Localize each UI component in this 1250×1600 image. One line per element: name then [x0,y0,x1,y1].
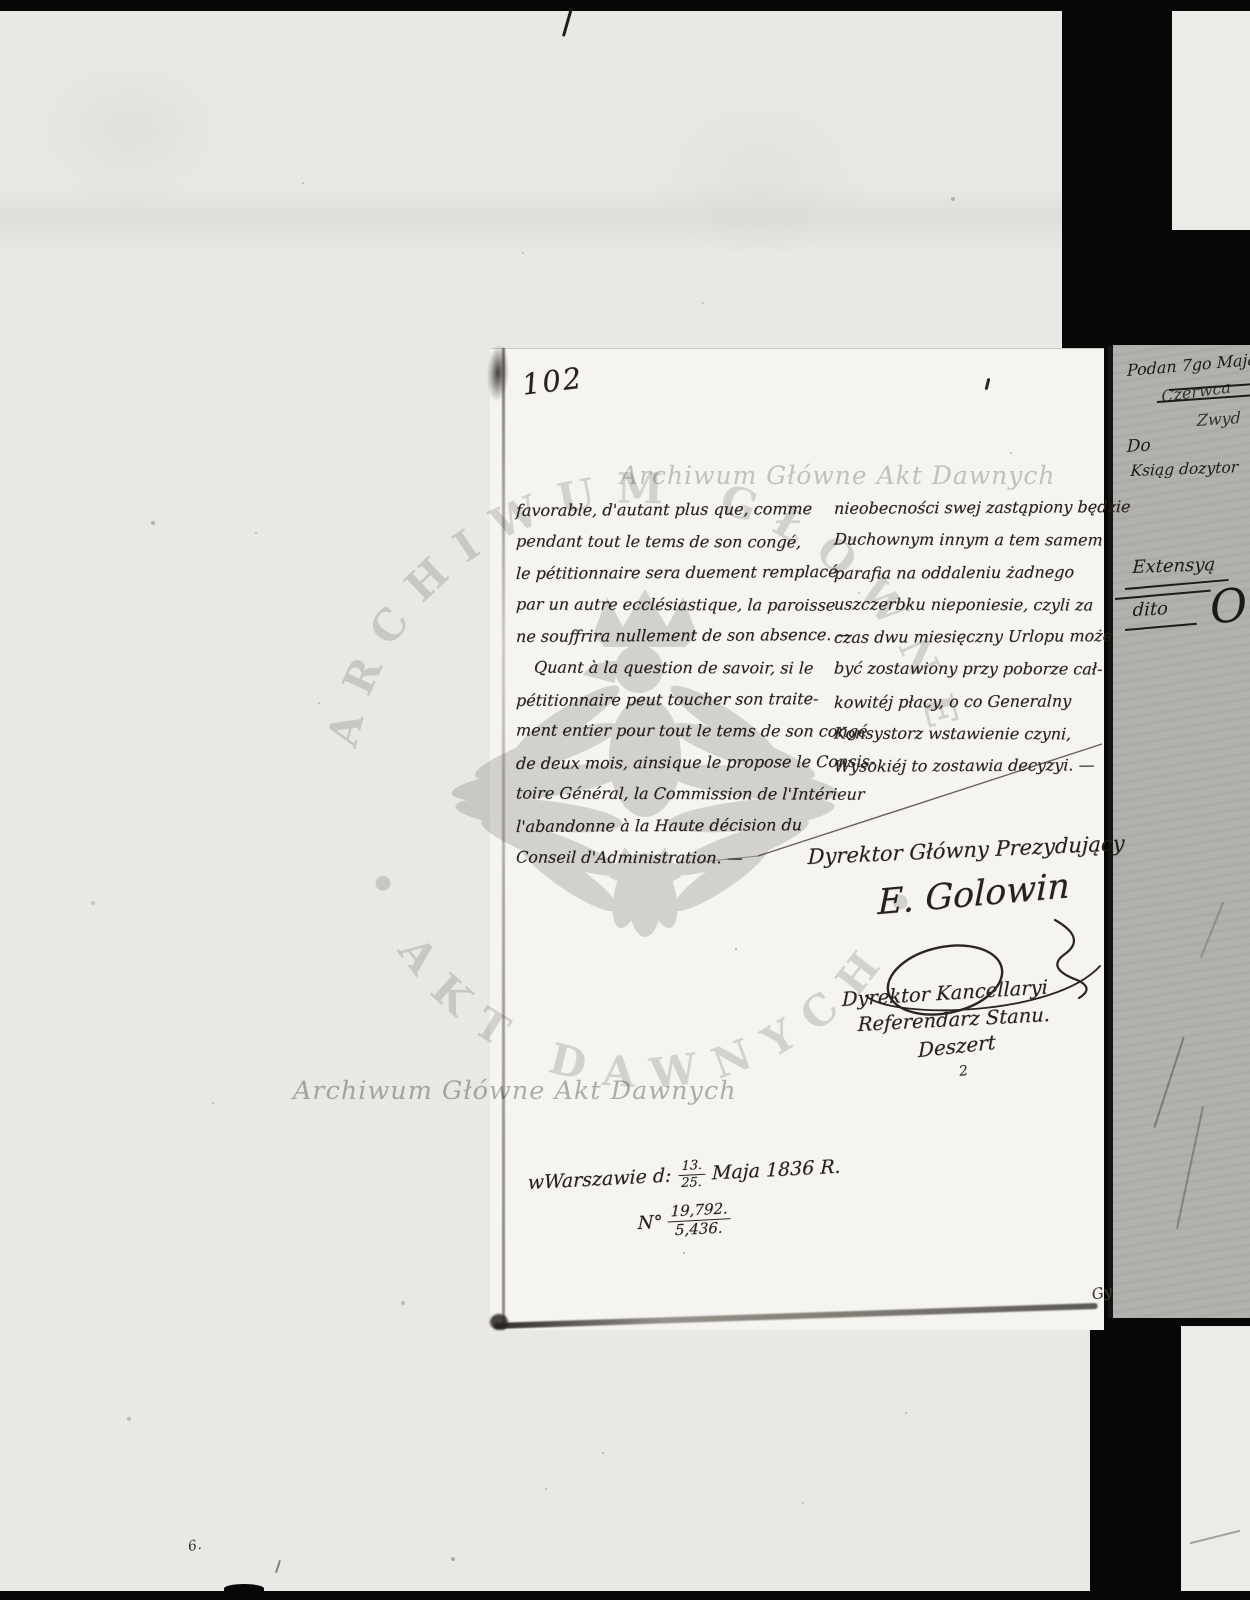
manuscript-line: favorable, d'autant plus que, comme [515,493,816,526]
annotation-underline [1125,623,1197,631]
manuscript-line: Wysokiéj to zostawia decyzyi. — [833,750,1104,784]
number-prefix: N° [638,1211,663,1233]
page-torn-corner [485,343,510,402]
dateline-month-year: Maja 1836 R. [712,1156,841,1185]
signatory-title: Dyrektor Główny Prezydujący [807,831,1124,869]
manuscript-line: de deux mois, ainsique le propose le Con… [515,746,816,779]
scan-smudge [650,90,870,260]
manuscript-line: ment entier pour tout le tems de son con… [515,715,817,748]
scan-smudge [30,55,230,205]
flourish-mark: 2 [958,1063,969,1080]
day-new-style: 25. [678,1174,705,1190]
manuscript-line: nieobecności swej zastąpiony będzie [833,491,1104,525]
background-patch [1062,1322,1090,1591]
secretary-signature: Deszert [918,1030,996,1062]
film-edge-bottom [0,1591,1250,1600]
french-text-column: favorable, d'autant plus que, commependa… [516,494,816,873]
signature: E. Golowin [877,866,1070,923]
page-corner-smudge [490,1314,508,1330]
manuscript-line: uszczerbku nieponiesie, czyli za [833,588,1105,621]
dateline: wWarszawie d: 13. 25. Maja 1836 R. [527,1152,840,1199]
manuscript-line: pétitionnaire peut toucher son traite- [515,683,816,716]
manuscript-line: toire Général, la Commission de l'Intéri… [515,778,817,811]
page-bottom-edge [494,1303,1098,1329]
pen-mark-bottom [275,1560,281,1573]
manuscript-line: parafia na oddaleniu żadnego [833,556,1104,590]
manuscript-line: Quant à la question de savoir, si le [515,651,817,684]
page-number: 102 [520,361,585,402]
manuscript-line: ne souffrira nullement de son absence. — [515,619,816,652]
archival-scan-canvas: 6. Podan 7go Maja Czerwca Zwyd Do Ksiąg … [0,0,1250,1600]
scratch-mark [1153,1037,1184,1128]
annotation-dito-label: dito [1132,598,1168,621]
manuscript-line: pendant tout le tems de son congé, [515,525,817,558]
dateline-day-fraction: 13. 25. [678,1159,705,1191]
page-fold-line [502,348,505,1330]
annotation-extension-label: Extensyą [1132,554,1216,578]
manuscript-line: czas dwu miesięczny Urlopu może [833,620,1104,654]
manuscript-line: być zostawiony przy poborze cał- [833,653,1105,686]
pen-mark-top [562,7,573,37]
annotation-large-letter: O [1207,577,1250,635]
annotation-month: Czerwca [1161,377,1231,406]
manuscript-line: le pétitionnaire sera duement remplacé [515,556,816,589]
manuscript-line: Conseil d'Administration. — [515,841,817,874]
film-edge-notch [224,1584,264,1593]
polish-text-column: nieobecności swej zastąpiony będzieDucho… [834,492,1104,783]
blank-page-fragment-bottom-right [1181,1326,1250,1591]
manuscript-line: l'abandonne à la Haute décision du [515,809,816,842]
film-edge-top [0,0,1250,11]
manuscript-line: kowitéj płacy, o co Generalny [833,685,1104,719]
day-old-style: 13. [678,1159,705,1176]
document-number: N° 19,792. 5,436. [637,1201,730,1240]
document-page: 102 favorable, d'autant plus que, commep… [490,348,1104,1330]
dateline-place: wWarszawie d: [528,1165,672,1195]
manuscript-line: Duchownym innym a tem samem [833,524,1105,557]
adjacent-page: Podan 7go Maja Czerwca Zwyd Do Ksiąg doz… [1108,345,1250,1318]
number-fraction: 19,792. 5,436. [667,1201,731,1239]
scratch-mark [1200,902,1224,958]
ink-blot [985,378,991,390]
annotation-register: Ksiąg dozytor [1130,458,1239,480]
scratch-mark [1190,1530,1241,1545]
number-denominator: 5,436. [667,1219,730,1239]
manuscript-line: Konsystorz wstawienie czyni, [833,718,1105,751]
paper-specks [0,0,2,2]
annotation-do: Do [1127,435,1151,457]
scratch-mark [1176,1106,1203,1229]
annotation-note: Zwyd [1197,408,1241,430]
annotation-received-date: Podan 7go Maja [1127,350,1250,380]
manuscript-line: par un autre ecclésiastique, la paroisse [515,588,817,621]
pen-mark-digit: 6. [186,1537,202,1555]
blank-page-fragment-top-right [1172,8,1250,230]
